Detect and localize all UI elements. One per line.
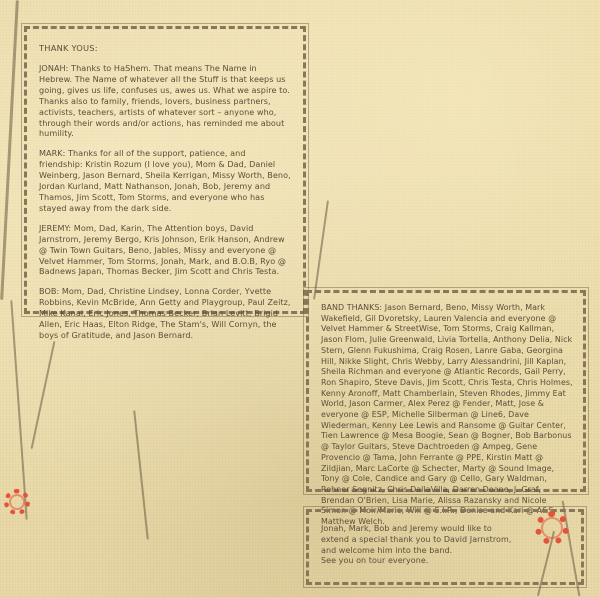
red-flower-icon [535,511,569,545]
band-thanks-box: BAND THANKS: Jason Bernard, Beno, Missy … [306,290,586,492]
branch-decoration [313,200,329,299]
thank-yous-box: THANK YOUS: JONAH: Thanks to HaShem. Tha… [24,26,306,314]
jeremy-thanks: JEREMY: Mom, Dad, Karin, The Attention b… [39,223,291,278]
band-thanks-text: Jason Bernard, Beno, Missy Worth, Mark W… [321,303,573,526]
jonah-thanks: JONAH: Thanks to HaShem. That means The … [39,63,291,139]
mark-thanks: MARK: Thanks for all of the support, pat… [39,148,291,213]
bob-label: BOB: [39,286,59,296]
special-thanks-line: extend a special thank you to David Jarn… [321,535,571,546]
red-flower-icon [4,489,30,515]
special-thanks-line: See you on tour everyone. [321,556,571,567]
mark-text: Thanks for all of the support, patience,… [39,148,291,213]
branch-decoration [0,0,19,300]
mark-label: MARK: [39,148,65,158]
special-thanks-line: Jonah, Mark, Bob and Jeremy would like t… [321,524,571,535]
jeremy-label: JEREMY: [39,223,71,233]
liner-notes-page: THANK YOUS: JONAH: Thanks to HaShem. Tha… [0,0,600,597]
band-thanks-text-block: BAND THANKS: Jason Bernard, Beno, Missy … [321,303,573,528]
thank-yous-heading: THANK YOUS: [39,43,291,53]
bob-text: Mom, Dad, Christine Lindsey, Lonna Corde… [39,286,291,340]
branch-decoration [10,300,27,520]
jeremy-text: Mom, Dad, Karin, The Attention boys, Dav… [39,223,286,277]
branch-decoration [31,341,56,449]
special-thanks-line: and welcome him into the band. [321,546,571,557]
jonah-label: JONAH: [39,63,68,73]
jonah-text: Thanks to HaShem. That means The Name in… [39,63,290,138]
band-thanks-label: BAND THANKS: [321,303,382,312]
bob-thanks: BOB: Mom, Dad, Christine Lindsey, Lonna … [39,286,291,341]
branch-decoration [133,410,149,539]
